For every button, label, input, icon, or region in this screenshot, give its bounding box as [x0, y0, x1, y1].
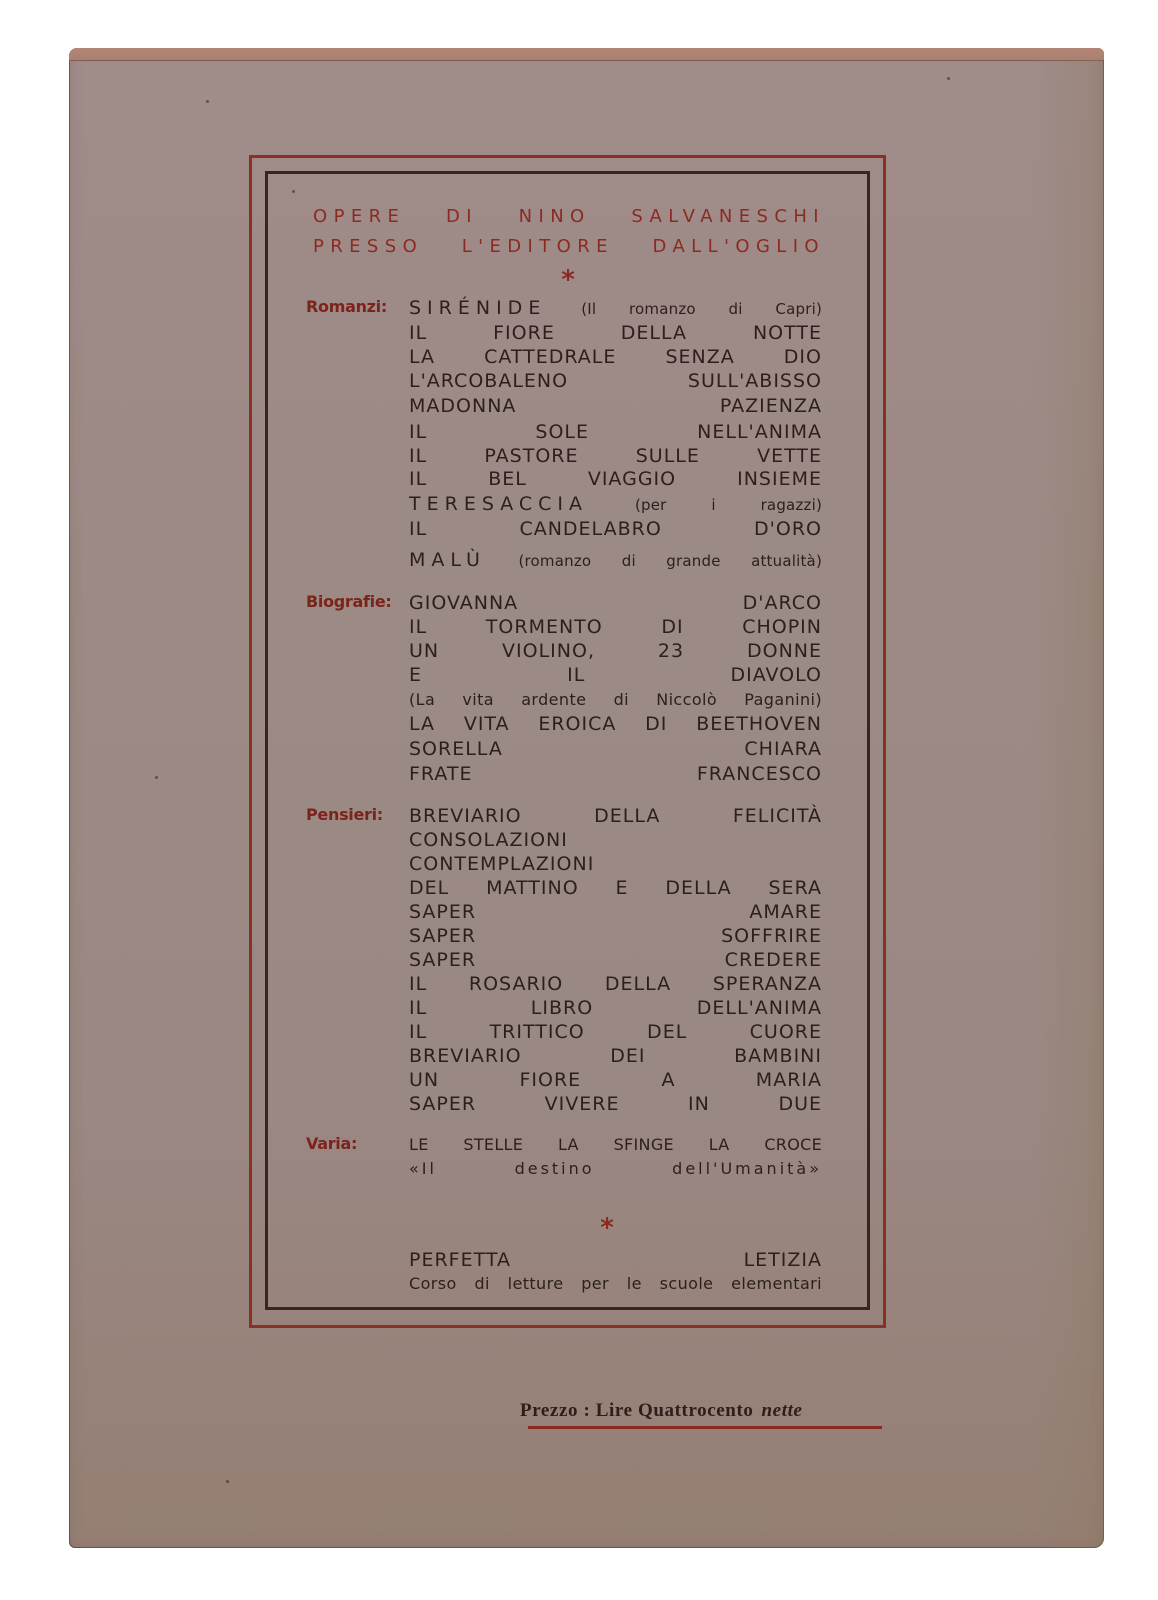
asterisk-separator-top: * [548, 270, 588, 290]
book-entry: SIRÉNIDE (Il romanzo di Capri) [409, 296, 822, 321]
book-entry: MALÙ (romanzo di grande attualità) [409, 548, 822, 573]
paper-blemish [947, 77, 950, 80]
price-underline [528, 1426, 882, 1429]
book-entry: CONSOLAZIONI [409, 828, 822, 852]
book-entry: IL TORMENTO DI CHOPIN [409, 615, 822, 639]
book-entry: UN VIOLINO, 23 DONNE [409, 639, 822, 663]
book-entry: TERESACCIA (per i ragazzi) [409, 492, 822, 517]
book-entry: FRATE FRANCESCO [409, 762, 822, 786]
book-entry: SAPER AMARE [409, 900, 822, 924]
book-entry: LE STELLE LA SFINGE LA CROCE [409, 1133, 822, 1157]
price-stamp: Prezzo : Lire Quattrocentonette [520, 1400, 803, 1422]
book-entry: MADONNA PAZIENZA [409, 394, 822, 418]
header-author-line: OPERE DI NINO SALVANESCHI [313, 205, 825, 229]
section-label-biografie: Biografie: [306, 592, 392, 612]
section-label-pensieri: Pensieri: [306, 805, 383, 825]
footer-title: PERFETTA LETIZIA [409, 1248, 822, 1272]
book-entry: LA VITA EROICA DI BEETHOVEN [409, 712, 822, 736]
section-label-varia: Varia: [306, 1134, 357, 1154]
book-entry: IL LIBRO DELL'ANIMA [409, 996, 822, 1020]
book-entry: E IL DIAVOLO [409, 663, 822, 687]
book-entry: SAPER VIVERE IN DUE [409, 1092, 822, 1116]
book-entry: IL CANDELABRO D'ORO [409, 517, 822, 541]
book-entry: IL TRITTICO DEL CUORE [409, 1020, 822, 1044]
book-subtitle: (La vita ardente di Niccolò Paganini) [409, 688, 822, 712]
paper-blemish [155, 776, 158, 779]
book-entry: L'ARCOBALENO SULL'ABISSO [409, 369, 822, 393]
book-entry: DEL MATTINO E DELLA SERA [409, 876, 822, 900]
book-entry: CONTEMPLAZIONI [409, 852, 822, 876]
book-entry: IL BEL VIAGGIO INSIEME [409, 467, 822, 491]
book-entry: UN FIORE A MARIA [409, 1068, 822, 1092]
book-entry: SAPER CREDERE [409, 948, 822, 972]
book-entry: BREVIARIO DELLA FELICITÀ [409, 804, 822, 828]
header-publisher-line: PRESSO L'EDITORE DALL'OGLIO [313, 235, 825, 259]
book-entry: IL SOLE NELL'ANIMA [409, 420, 822, 444]
book-entry: IL PASTORE SULLE VETTE [409, 444, 822, 468]
section-label-romanzi: Romanzi: [306, 297, 387, 317]
book-entry: BREVIARIO DEI BAMBINI [409, 1044, 822, 1068]
book-entry: SAPER SOFFRIRE [409, 924, 822, 948]
book-entry: IL FIORE DELLA NOTTE [409, 321, 822, 345]
paper-blemish [226, 1480, 229, 1483]
paper-blemish [206, 100, 209, 103]
book-subtitle: «Il destino dell'Umanità» [409, 1157, 822, 1181]
book-entry: SORELLA CHIARA [409, 737, 822, 761]
book-entry: IL ROSARIO DELLA SPERANZA [409, 972, 822, 996]
book-entry: GIOVANNA D'ARCO [409, 591, 822, 615]
asterisk-separator-bottom: * [587, 1218, 627, 1238]
footer-subtitle: Corso di letture per le scuole elementar… [409, 1272, 822, 1296]
book-entry: LA CATTEDRALE SENZA DIO [409, 345, 822, 369]
